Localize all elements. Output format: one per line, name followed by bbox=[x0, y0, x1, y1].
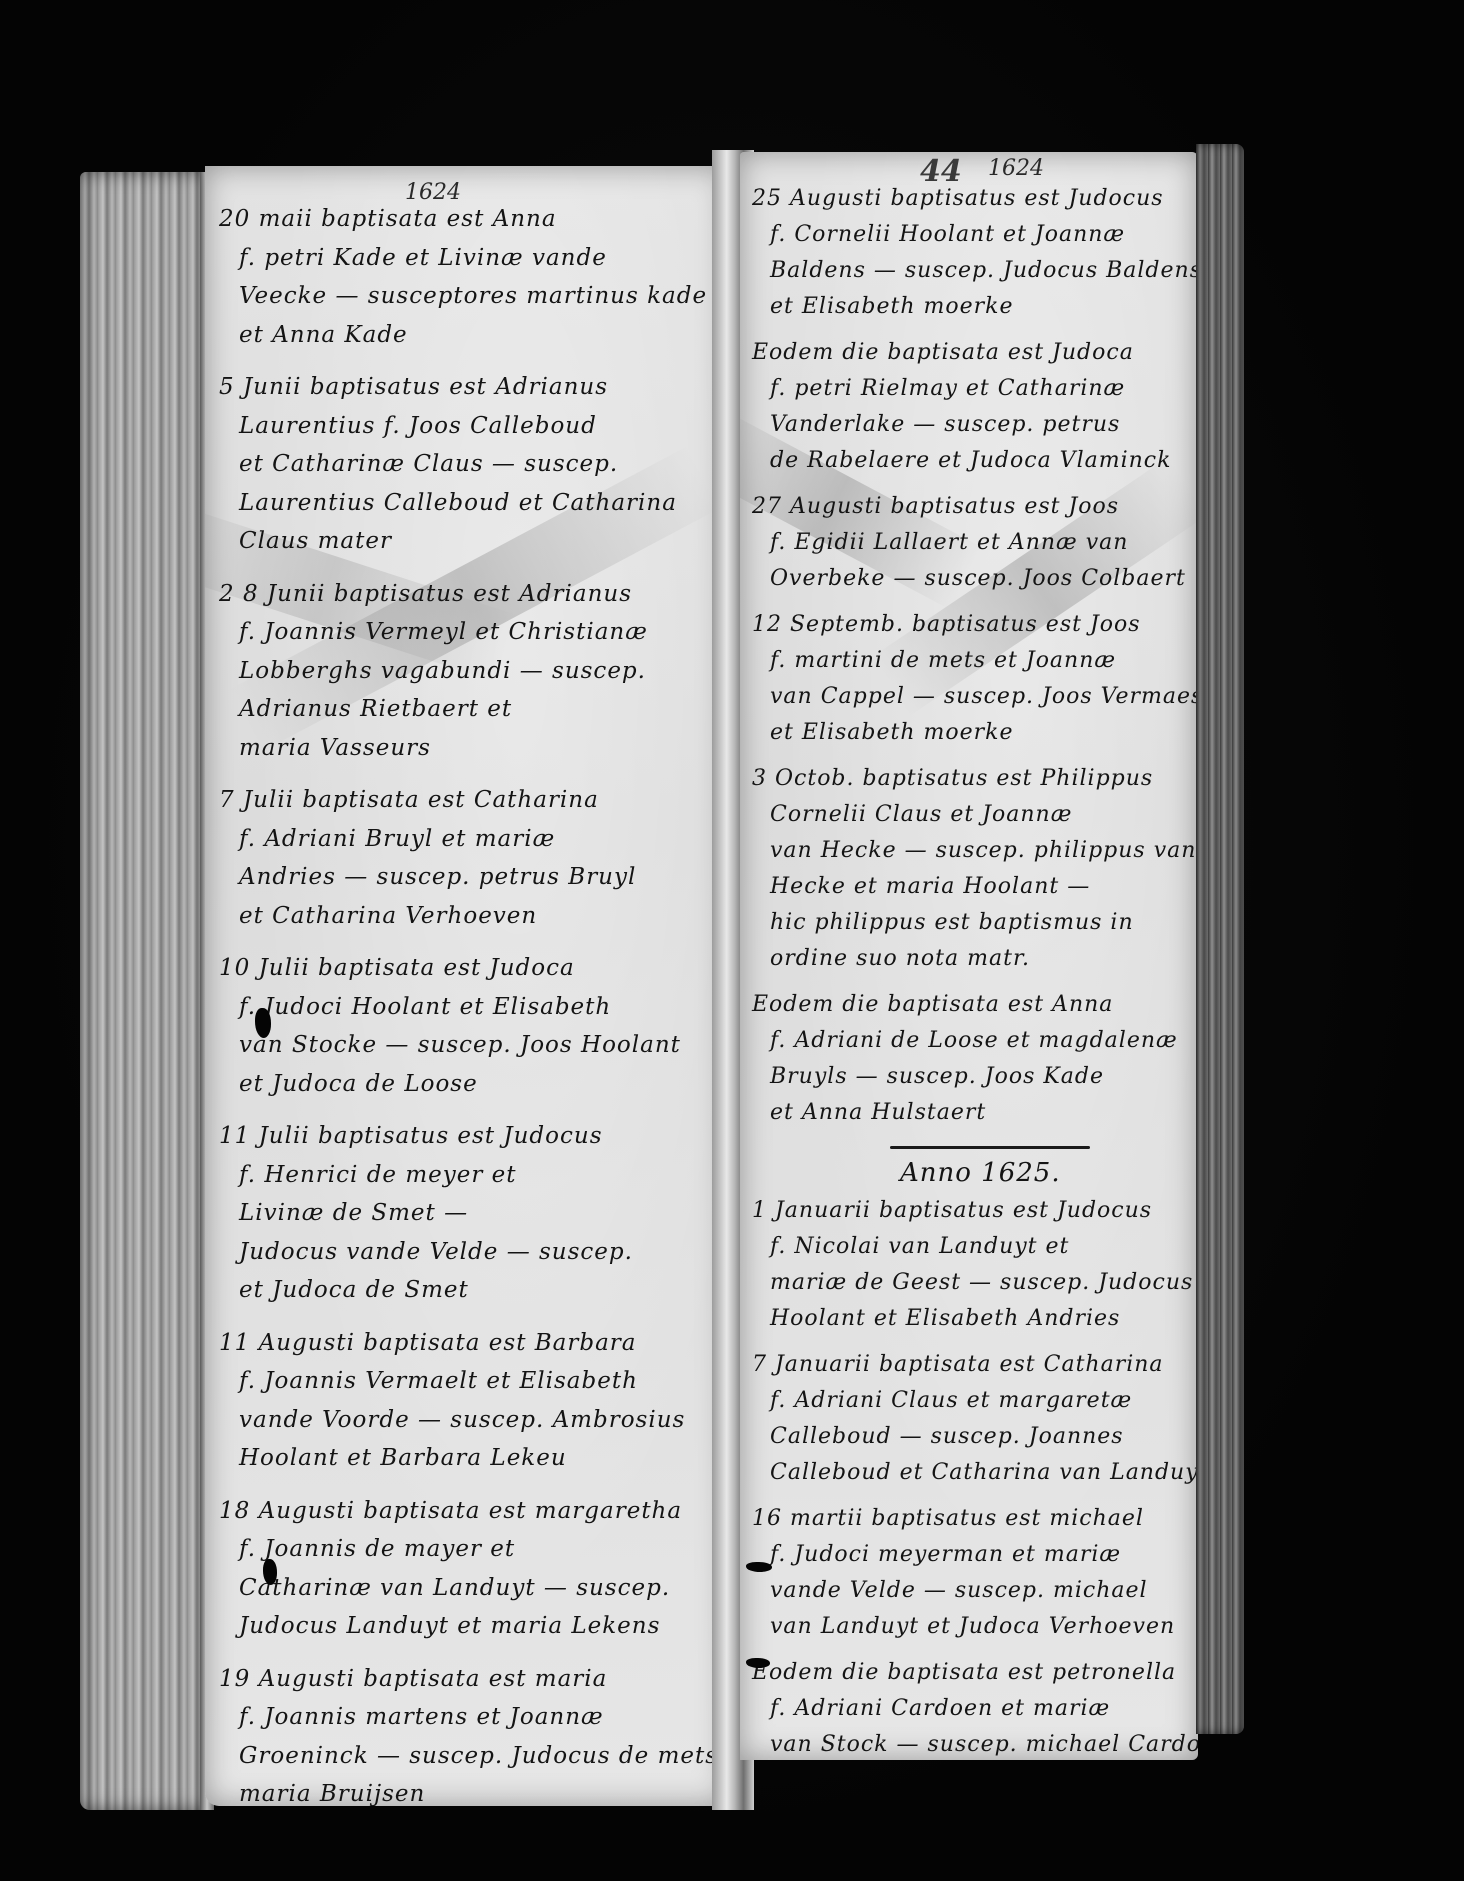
entry-first-line: 7 Januarii baptisata est Catharina bbox=[752, 1354, 1198, 1376]
entry-line: Judocus vande Velde — suscep. bbox=[239, 1241, 727, 1264]
entry-line: et Judoca de Loose bbox=[239, 1073, 727, 1096]
ink-blot bbox=[746, 1658, 770, 1668]
ink-blot bbox=[263, 1559, 277, 1585]
entry-line: Laurentius Calleboud et Catharina bbox=[239, 492, 727, 515]
year-section-header: Anno 1625. bbox=[900, 1160, 1198, 1186]
entry-first-line: 11 Julii baptisatus est Judocus bbox=[219, 1125, 727, 1148]
entry-line: Judocus Landuyt et maria Lekens bbox=[239, 1615, 727, 1638]
entry-first-line: 11 Augusti baptisata est Barbara bbox=[219, 1332, 727, 1355]
entry-first-line: 18 Augusti baptisata est margaretha bbox=[219, 1500, 727, 1523]
entry-line: Andries — suscep. petrus Bruyl bbox=[239, 866, 727, 889]
entry-line: et Anna Kade bbox=[239, 324, 727, 347]
entry-line: f. Henrici de meyer et bbox=[239, 1164, 727, 1187]
entry-line: vande Velde — suscep. michael bbox=[770, 1580, 1198, 1602]
entry-first-line: 1 Januarii baptisatus est Judocus bbox=[752, 1200, 1198, 1222]
entry-first-line: 25 Augusti baptisatus est Judocus bbox=[752, 188, 1198, 210]
entry-line: f. Adriani de Loose et magdalenæ bbox=[770, 1030, 1198, 1052]
entry-line: et Anna Hulstaert bbox=[770, 1102, 1198, 1124]
entry-line: Baldens — suscep. Judocus Baldens bbox=[770, 260, 1198, 282]
entry-first-line: 7 Julii baptisata est Catharina bbox=[219, 789, 727, 812]
entry-line: f. Adriani Claus et margaretæ bbox=[770, 1390, 1198, 1412]
entry-line: van Stocke — suscep. Joos Hoolant bbox=[239, 1034, 727, 1057]
folio-number: 44 bbox=[920, 154, 962, 189]
entry-line: f. Joannis Vermeyl et Christianæ bbox=[239, 621, 727, 644]
entry-first-line: 12 Septemb. baptisatus est Joos bbox=[752, 614, 1198, 636]
entry-first-line: Eodem die baptisata est petronella bbox=[752, 1662, 1198, 1684]
entry-first-line: Eodem die baptisata est Anna bbox=[752, 994, 1198, 1016]
entry-line: van Hecke — suscep. philippus van bbox=[770, 840, 1198, 862]
entry-line: Cornelii Claus et Joannæ bbox=[770, 804, 1198, 826]
entry-line: f. Cornelii Hoolant et Joannæ bbox=[770, 224, 1198, 246]
year-header: 1624 bbox=[405, 180, 461, 205]
entry-first-line: 10 Julii baptisata est Judoca bbox=[219, 957, 727, 980]
entry-line: maria Vasseurs bbox=[239, 737, 727, 760]
entry-first-line: 3 Octob. baptisatus est Philippus bbox=[752, 768, 1198, 790]
entry-line: Groeninck — suscep. Judocus de mets et bbox=[239, 1745, 727, 1768]
entry-line: van Cappel — suscep. Joos Vermaessel bbox=[770, 686, 1198, 708]
entry-line: Hecke et maria Hoolant — bbox=[770, 876, 1198, 898]
entry-line: f. Judoci meyerman et mariæ bbox=[770, 1544, 1198, 1566]
entry-line: f. Judoci Hoolant et Elisabeth bbox=[239, 996, 727, 1019]
entry-line: Lobberghs vagabundi — suscep. bbox=[239, 660, 727, 683]
entry-line: f. Joannis de mayer et bbox=[239, 1538, 727, 1561]
entry-line: f. Adriani Bruyl et mariæ bbox=[239, 828, 727, 851]
entry-line: Catharinæ van Landuyt — suscep. bbox=[239, 1577, 727, 1600]
entry-line: et Elisabeth moerke bbox=[770, 296, 1198, 318]
entry-line: Bruyls — suscep. Joos Kade bbox=[770, 1066, 1198, 1088]
right-page: 44 1624 25 Augusti baptisatus est Judocu… bbox=[740, 152, 1198, 1760]
entry-first-line: 2 8 Junii baptisatus est Adrianus bbox=[219, 583, 727, 606]
entry-line: f. petri Kade et Livinæ vande bbox=[239, 247, 727, 270]
entry-line: f. Nicolai van Landuyt et bbox=[770, 1236, 1198, 1258]
entry-line: et Catharina Verhoeven bbox=[239, 905, 727, 928]
entry-line: de Rabelaere et Judoca Vlaminck bbox=[770, 450, 1198, 472]
entry-first-line: 19 Augusti baptisata est maria bbox=[219, 1668, 727, 1691]
entry-line: van Stock — suscep. michael Cardoen bbox=[770, 1734, 1198, 1756]
entry-line: Hoolant et Barbara Lekeu bbox=[239, 1447, 727, 1470]
ink-blot bbox=[255, 1008, 271, 1038]
entry-line: Laurentius f. Joos Calleboud bbox=[239, 415, 727, 438]
entry-line: et Catharinæ Claus — suscep. bbox=[239, 453, 727, 476]
entry-line: f. Joannis martens et Joannæ bbox=[239, 1706, 727, 1729]
entry-line: et Judoca de Smet bbox=[239, 1279, 727, 1302]
entry-line: Hoolant et Elisabeth Andries bbox=[770, 1308, 1198, 1330]
entry-line: Vanderlake — suscep. petrus bbox=[770, 414, 1198, 436]
entry-line: Adrianus Rietbaert et bbox=[239, 698, 727, 721]
entry-line: vande Voorde — suscep. Ambrosius bbox=[239, 1409, 727, 1432]
entry-line: ordine suo nota matr. bbox=[770, 948, 1198, 970]
left-fore-edge-leaves bbox=[80, 172, 208, 1810]
entry-line: Overbeke — suscep. Joos Colbaert bbox=[770, 568, 1198, 590]
entry-line: et Elisabeth moerke bbox=[770, 722, 1198, 744]
ink-blot bbox=[746, 1562, 772, 1572]
entry-first-line: Eodem die baptisata est Judoca bbox=[752, 342, 1198, 364]
year-header: 1624 bbox=[988, 156, 1044, 181]
entry-line: f. Adriani Cardoen et mariæ bbox=[770, 1698, 1198, 1720]
entry-line: hic philippus est baptismus in bbox=[770, 912, 1198, 934]
entry-line: Calleboud — suscep. Joannes bbox=[770, 1426, 1198, 1448]
entry-line: Veecke — susceptores martinus kade bbox=[239, 285, 727, 308]
entry-line: f. Joannis Vermaelt et Elisabeth bbox=[239, 1370, 727, 1393]
right-fore-edge-leaves bbox=[1196, 144, 1244, 1734]
section-divider bbox=[890, 1146, 1090, 1149]
entry-first-line: 5 Junii baptisatus est Adrianus bbox=[219, 376, 727, 399]
entry-line: f. martini de mets et Joannæ bbox=[770, 650, 1198, 672]
entry-first-line: 27 Augusti baptisatus est Joos bbox=[752, 496, 1198, 518]
entry-first-line: 20 maii baptisata est Anna bbox=[219, 208, 727, 231]
entry-line: f. petri Rielmay et Catharinæ bbox=[770, 378, 1198, 400]
entry-line: van Landuyt et Judoca Verhoeven bbox=[770, 1616, 1198, 1638]
entry-line: f. Egidii Lallaert et Annæ van bbox=[770, 532, 1198, 554]
entry-line: mariæ de Geest — suscep. Judocus bbox=[770, 1272, 1198, 1294]
entry-line: Claus mater bbox=[239, 530, 727, 553]
entry-line: Livinæ de Smet — bbox=[239, 1202, 727, 1225]
left-page: 1624 20 maii baptisata est Annaf. petri … bbox=[205, 166, 727, 1806]
entry-first-line: 16 martii baptisatus est michael bbox=[752, 1508, 1198, 1530]
entry-line: maria Bruijsen bbox=[239, 1783, 727, 1806]
entry-line: Calleboud et Catharina van Landuyt bbox=[770, 1462, 1198, 1484]
